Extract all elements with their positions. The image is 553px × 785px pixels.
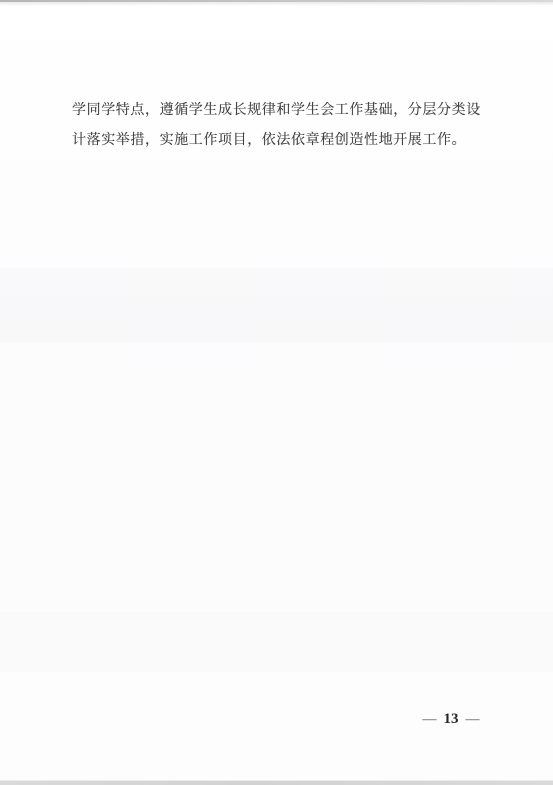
body-paragraph: 学同学特点，遵循学生成长规律和学生会工作基础，分层分类设 计落实举措，实施工作项… (72, 96, 481, 156)
page-number-value: 13 (444, 711, 459, 727)
page-number-right-dash: — (466, 712, 480, 727)
scan-artifact-band (0, 612, 553, 672)
paragraph-line-1: 学同学特点，遵循学生成长规律和学生会工作基础，分层分类设 (72, 96, 481, 126)
scanned-document-page: 学同学特点，遵循学生成长规律和学生会工作基础，分层分类设 计落实举措，实施工作项… (0, 0, 553, 785)
paragraph-line-2: 计落实举措，实施工作项目，依法依章程创造性地开展工作。 (72, 126, 481, 156)
scan-top-edge-fade (0, 2, 553, 6)
scan-artifact-band (0, 268, 553, 342)
page-number-left-dash: — (423, 712, 437, 727)
scan-bottom-edge-band (0, 780, 553, 785)
page-number: —13— (406, 711, 496, 728)
